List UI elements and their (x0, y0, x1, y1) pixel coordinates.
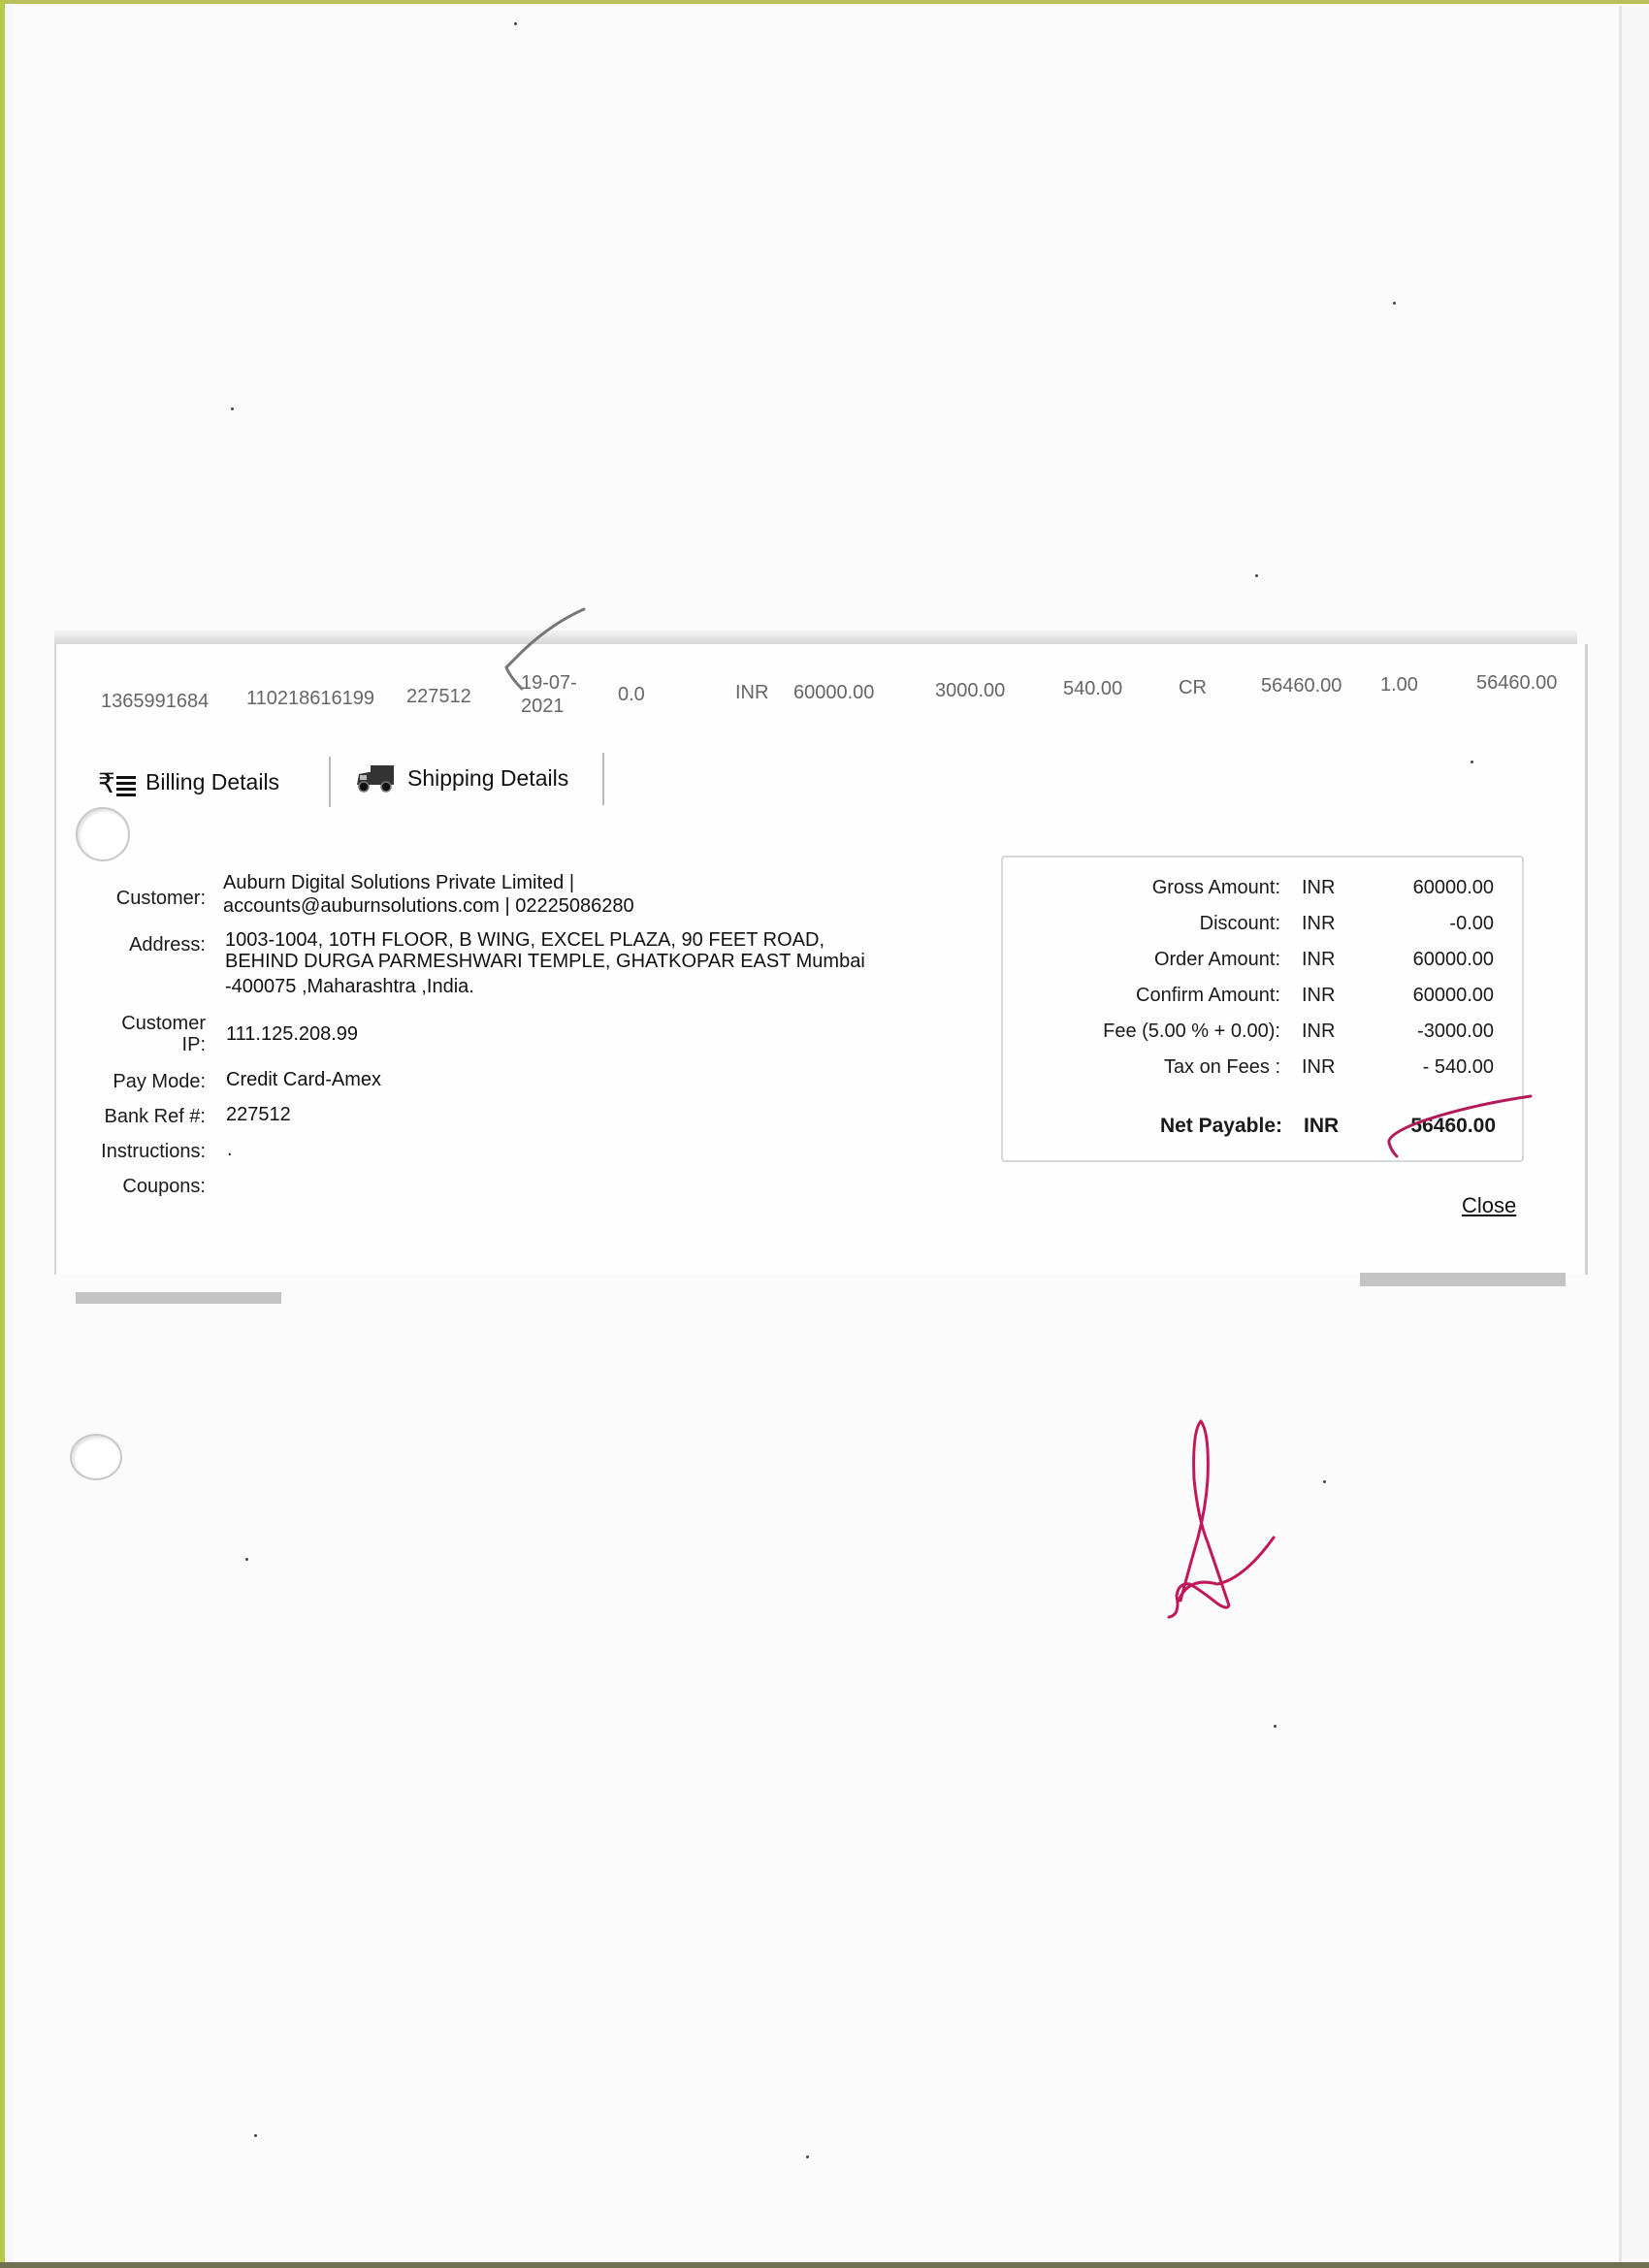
rupee-list-icon: ₹ (97, 766, 138, 797)
summary-value: 60000.00 (1413, 985, 1494, 1007)
txn-type: CR (1179, 677, 1207, 699)
address-line-3: -400075 ,Maharashtra ,India. (225, 975, 474, 998)
summary-label: Tax on Fees : (1164, 1056, 1280, 1079)
summary-currency: INR (1302, 949, 1335, 971)
truck-icon (355, 762, 396, 794)
net-payable-label: Net Payable: (1160, 1115, 1282, 1138)
scan-edge-top (0, 0, 1649, 4)
bank-ref: 227512 (406, 686, 471, 708)
customer-label: Customer: (12, 887, 206, 910)
gross-amount: 60000.00 (793, 682, 874, 704)
address-label: Address: (12, 933, 206, 956)
scan-speck (806, 2155, 809, 2158)
customer-ip-label-2: IP: (12, 1033, 206, 1056)
summary-currency: INR (1302, 877, 1335, 899)
scan-speck (1274, 1725, 1277, 1728)
fee-amount: 3000.00 (935, 680, 1005, 702)
svg-text:₹: ₹ (98, 767, 115, 797)
scan-speck (514, 22, 517, 25)
customer-contact: accounts@auburnsolutions.com | 022250862… (223, 894, 634, 918)
close-link[interactable]: Close (1462, 1193, 1516, 1218)
address-line-2: BEHIND DURGA PARMESHWARI TEMPLE, GHATKOP… (225, 950, 865, 973)
scan-speck (1471, 761, 1473, 763)
summary-label: Discount: (1200, 913, 1280, 935)
exchange-rate: 1.00 (1380, 674, 1418, 697)
transaction-row: 1365991684 110218616199 227512 19-07- 20… (0, 672, 1649, 721)
net-payable-currency: INR (1304, 1115, 1339, 1138)
customer-ip-label-1: Customer (12, 1012, 206, 1035)
summary-value: -0.00 (1449, 913, 1494, 935)
scan-speck (254, 2134, 257, 2137)
summary-label: Confirm Amount: (1136, 985, 1280, 1007)
scan-speck (231, 407, 234, 410)
customer-ip-value: 111.125.208.99 (226, 1022, 358, 1046)
paper-fold (1619, 6, 1622, 2262)
panel-shadow (76, 1292, 281, 1304)
instructions-value: . (227, 1138, 233, 1161)
bank-ref-label: Bank Ref #: (12, 1105, 206, 1128)
instructions-label: Instructions: (12, 1140, 206, 1163)
summary-currency: INR (1302, 913, 1335, 935)
tab-shipping-details[interactable]: Shipping Details (355, 761, 568, 795)
customer-name: Auburn Digital Solutions Private Limited… (223, 871, 574, 894)
ink-signature (1159, 1411, 1295, 1625)
tab-billing-label: Billing Details (145, 769, 279, 795)
tab-billing-details[interactable]: ₹ Billing Details (97, 764, 279, 799)
rate: 0.0 (618, 684, 645, 706)
bank-ref-value: 227512 (226, 1103, 291, 1126)
summary-value: - 540.00 (1423, 1056, 1494, 1079)
summary-value: -3000.00 (1417, 1021, 1494, 1043)
summary-currency: INR (1302, 985, 1335, 1007)
panel-shadow (1360, 1273, 1566, 1286)
pay-mode-label: Pay Mode: (12, 1070, 206, 1093)
ink-tick-mark (1377, 1086, 1542, 1164)
tax-amount: 540.00 (1063, 678, 1122, 700)
summary-label: Order Amount: (1154, 949, 1280, 971)
summary-label: Fee (5.00 % + 0.00): (1103, 1021, 1280, 1043)
summary-currency: INR (1302, 1021, 1335, 1043)
txn-date-line2: 2021 (521, 696, 565, 718)
order-id: 110218616199 (246, 688, 374, 710)
tab-divider (602, 753, 604, 805)
summary-label: Gross Amount: (1152, 877, 1280, 899)
pay-mode-value: Credit Card-Amex (226, 1068, 381, 1091)
scan-edge-left (0, 0, 5, 2268)
scan-edge-bottom (0, 2262, 1649, 2268)
settled-amount: 56460.00 (1476, 672, 1557, 695)
address-line-1: 1003-1004, 10TH FLOOR, B WING, EXCEL PLA… (225, 928, 824, 952)
txn-id: 1365991684 (101, 691, 209, 713)
pencil-tick-mark (495, 601, 592, 698)
scan-speck (245, 1558, 248, 1561)
summary-value: 60000.00 (1413, 877, 1494, 899)
summary-value: 60000.00 (1413, 949, 1494, 971)
net-amount: 56460.00 (1261, 675, 1342, 697)
coupons-label: Coupons: (12, 1175, 206, 1198)
summary-currency: INR (1302, 1056, 1335, 1079)
scan-speck (1323, 1480, 1326, 1483)
punch-hole (70, 1434, 122, 1480)
scan-speck (1393, 302, 1396, 305)
tab-divider (329, 757, 331, 807)
scan-speck (1255, 574, 1258, 577)
currency: INR (735, 682, 768, 704)
punch-hole (76, 807, 130, 861)
tab-shipping-label: Shipping Details (407, 765, 568, 792)
